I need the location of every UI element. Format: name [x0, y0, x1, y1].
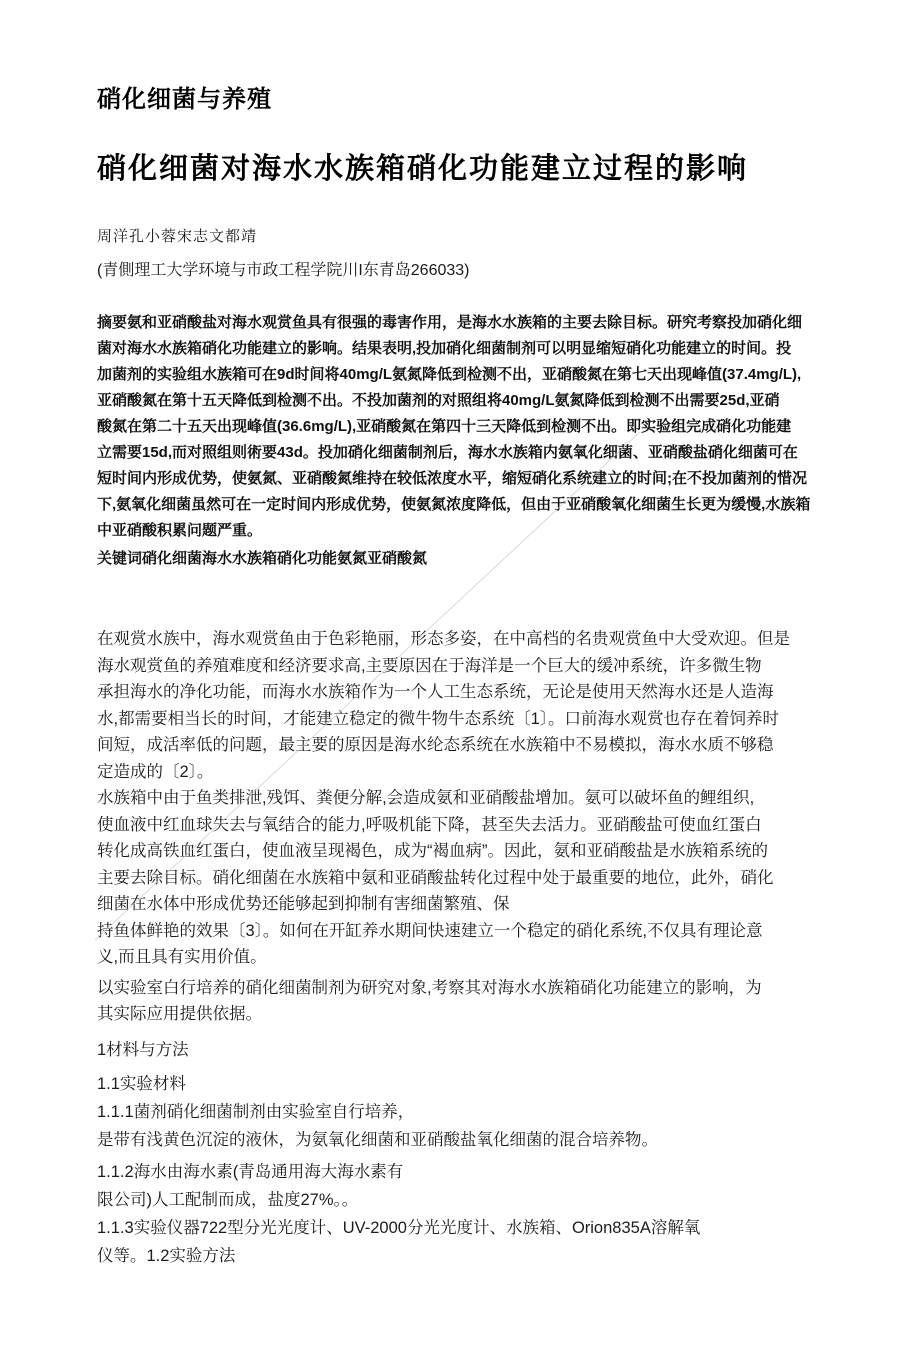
body-paragraph-intro: 在观赏水族中，海水观赏鱼由于色彩艳丽，形态多姿，在中高档的名贵观赏鱼中大受欢迎。… [97, 626, 837, 785]
section-1-1-3-instruments: 1.1.3实验仪器722型分光光度计、UV-2000分光光度计、水族箱、Orio… [97, 1214, 837, 1270]
section-1-1-2-seawater: 1.1.2海水由海水素(青岛通用海大海水素有 限公司)人工配制而成，盐度27%。… [97, 1158, 837, 1214]
section-heading-experiment-materials: 1.1实验材料 [97, 1070, 837, 1098]
body-paragraph-ammonia-nitrite: 水族箱中由于鱼类排泄,残饵、粪便分解,会造成氨和亚硝酸盐增加。氨可以破坏鱼的鲤组… [97, 785, 837, 971]
body-paragraph-study-purpose: 以实验室白行培养的硝化细菌制剂为研究对象,考察其对海水水族箱硝化功能建立的影响，… [97, 975, 837, 1028]
keywords-line: 关键词硝化细菌海水水族箱硝化功能氨氮亚硝酸氮 [97, 546, 837, 572]
body-text: 在观赏水族中，海水观赏鱼由于色彩艳丽，形态多姿，在中高档的名贵观赏鱼中大受欢迎。… [97, 626, 837, 1270]
section-heading-materials-methods: 1材料与方法 [97, 1036, 837, 1064]
authors-line: 周洋孔小蓉宋志文都靖 [97, 226, 837, 248]
article-title: 硝化细菌对海水水族箱硝化功能建立过程的影响 [97, 150, 837, 188]
affiliation-line: (青側理工大学环境与市政工程学院川I东青岛266033) [97, 260, 837, 282]
section-1-1-1-bacteria-agent: 1.1.1菌剂硝化细菌制剂由实验室自行培养， 是带有浅黄色沉淀的液休，为氨氧化细… [97, 1098, 837, 1154]
document-page: 硝化细菌与养殖 硝化细菌对海水水族箱硝化功能建立过程的影响 周洋孔小蓉宋志文都靖… [97, 0, 837, 1270]
abstract-paragraph: 摘要氨和亚硝酸盐对海水观赏鱼具有很强的毒害作用，是海水水族箱的主要去除目标。研究… [97, 310, 837, 544]
document-title: 硝化细菌与养殖 [97, 84, 837, 116]
